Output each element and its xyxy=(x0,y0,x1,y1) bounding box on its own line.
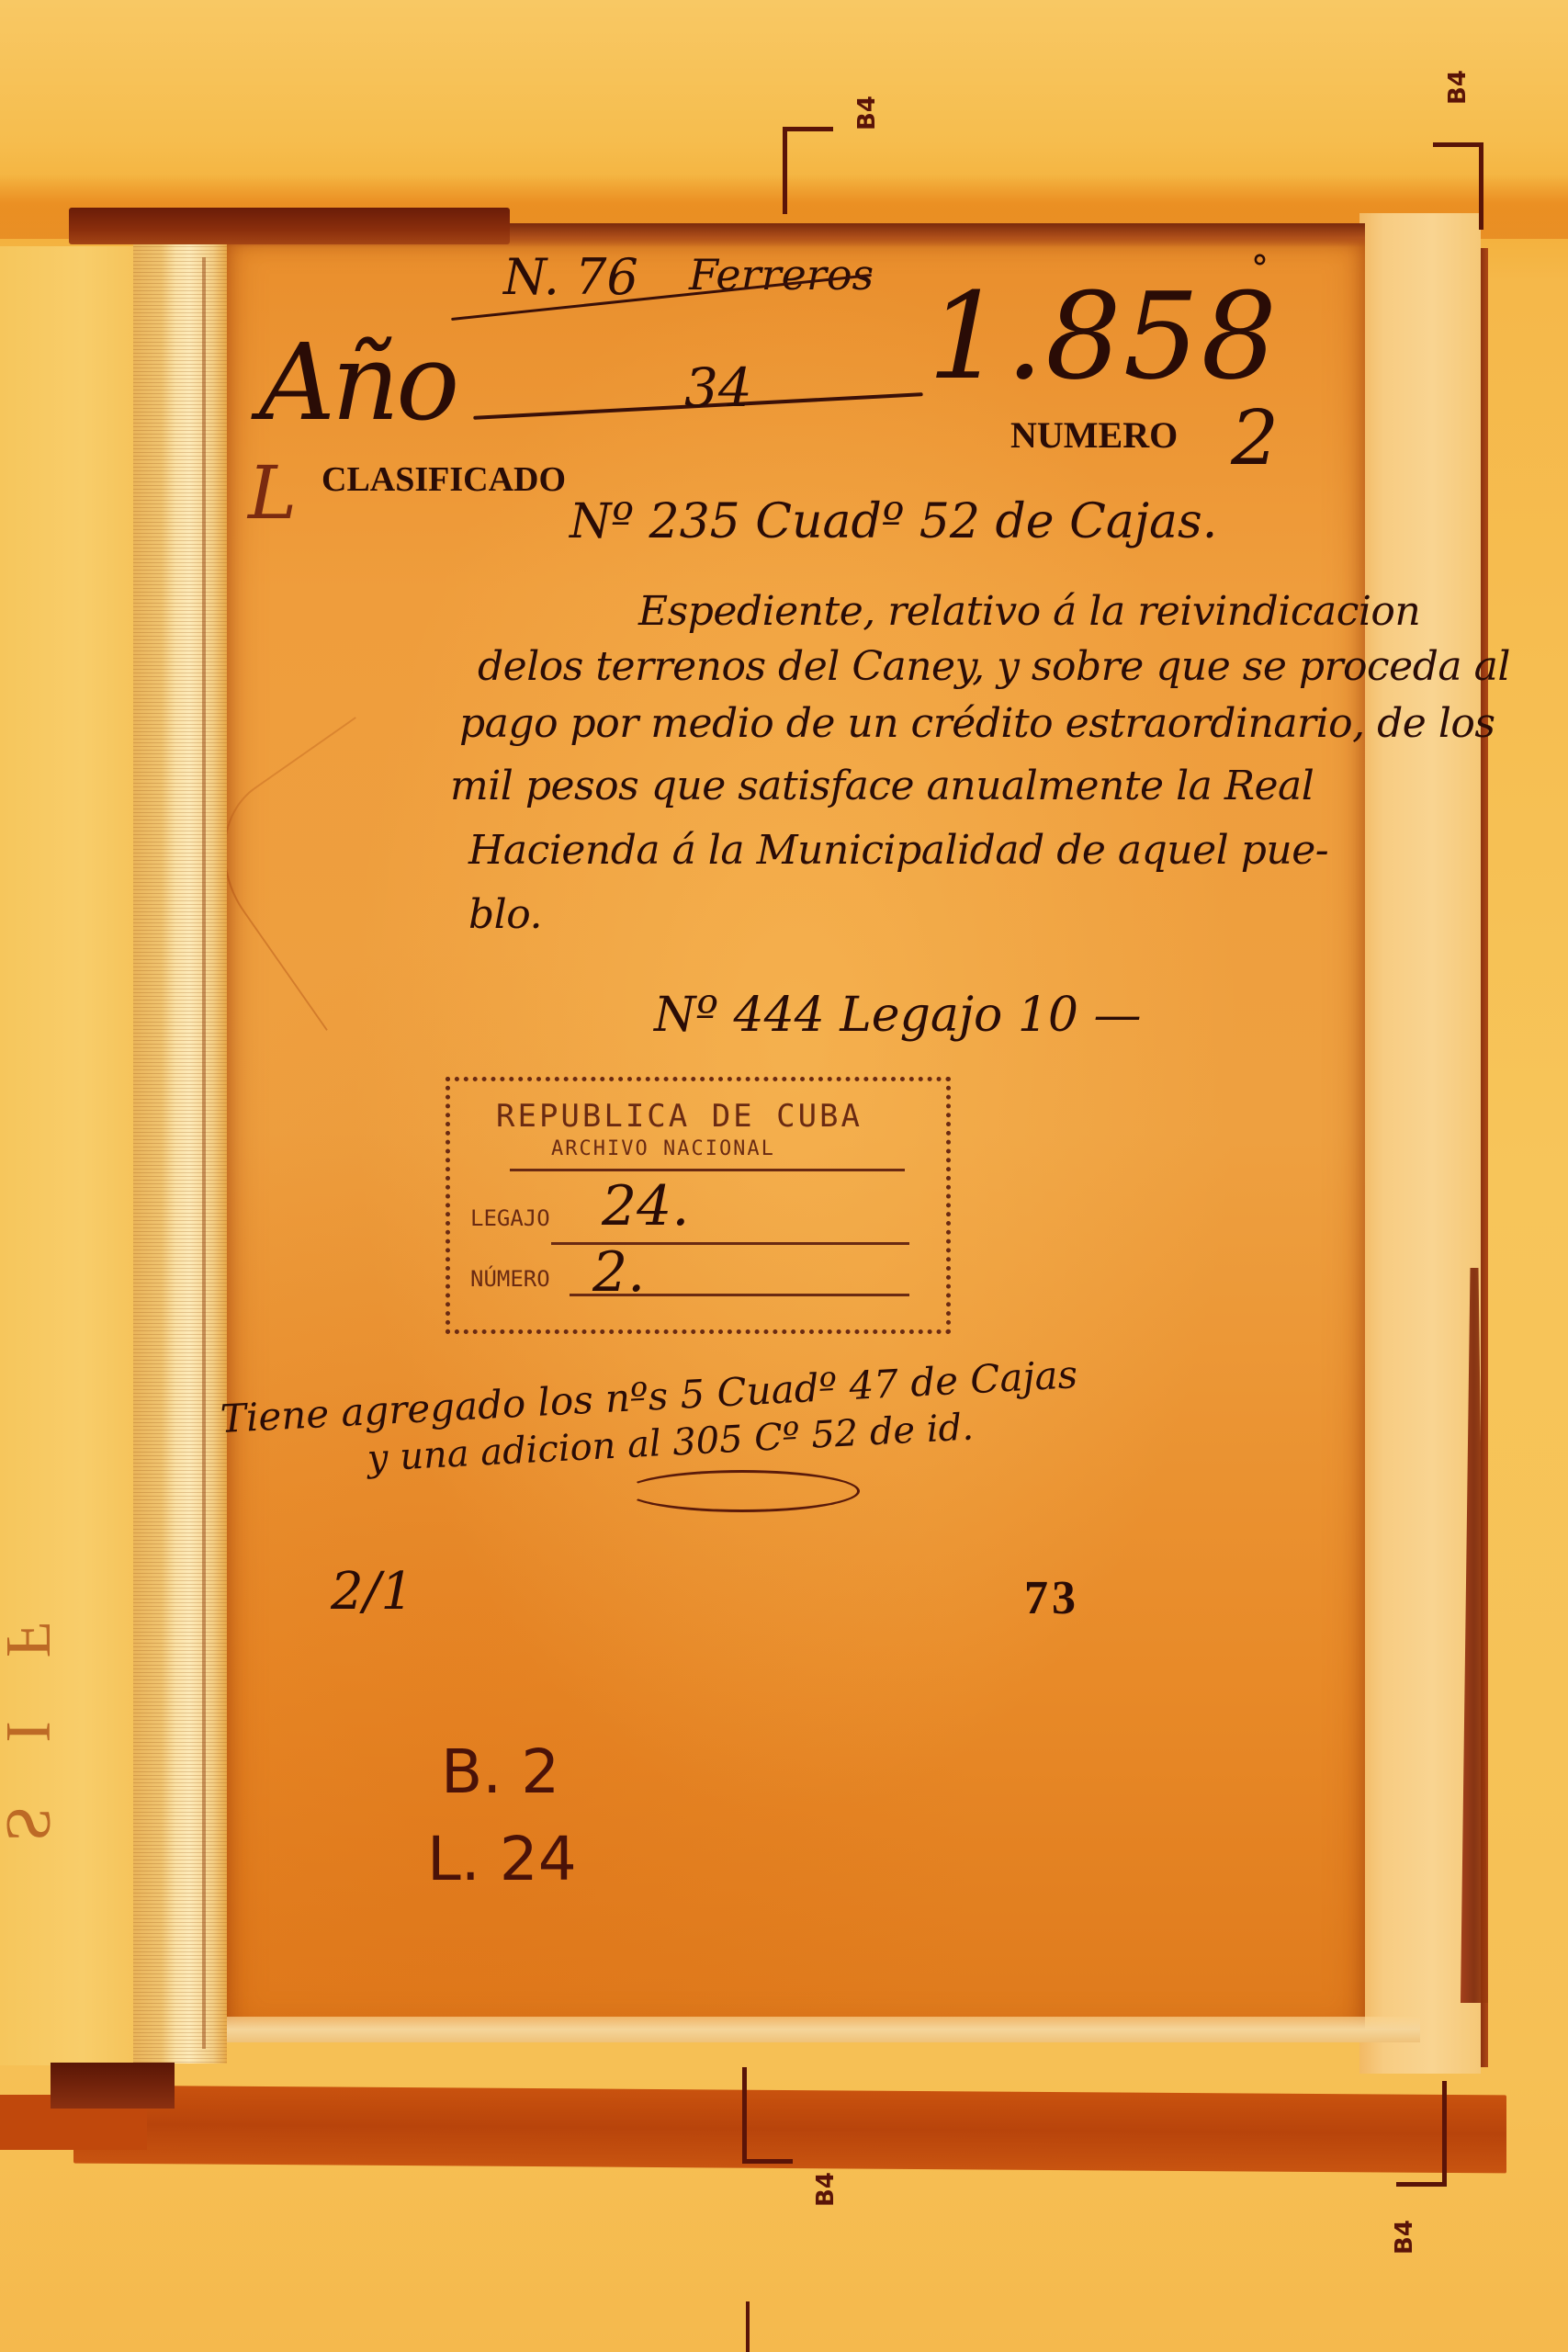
legajo-note: Nº 444 Legajo 10 — xyxy=(654,988,1142,1043)
stamped-number: 73 xyxy=(1024,1571,1079,1625)
cloth-spine xyxy=(133,217,227,2064)
mirrored-backing-text: F I S xyxy=(0,1594,55,1870)
stamp-rule xyxy=(510,1169,905,1171)
year-label: Año xyxy=(259,322,456,445)
crop-label: B4 xyxy=(853,96,881,130)
stamp-numero-label: NÚMERO xyxy=(470,1266,550,1292)
pencil-note: B. 2 xyxy=(441,1736,559,1807)
crop-mark-bottom-left xyxy=(742,2067,793,2164)
body-line: Espediente, relativo á la reivindicacion xyxy=(638,588,1420,635)
body-line: blo. xyxy=(468,891,542,938)
crop-tick xyxy=(746,2301,750,2352)
crop-mark-top-right xyxy=(1433,142,1483,230)
stamp-title: REPUBLICA DE CUBA xyxy=(496,1098,863,1135)
mirrored-letter: F xyxy=(0,1612,73,1668)
numero-stamp-value: 2 xyxy=(1231,395,1279,482)
year-value: 1.858 xyxy=(928,266,1279,406)
body-line: pago por medio de un crédito estraordina… xyxy=(459,700,1495,747)
spine-stitch-line xyxy=(202,257,206,2049)
crop-label: B4 xyxy=(812,2172,840,2207)
classified-stamp: CLASIFICADO xyxy=(321,459,566,500)
stamp-legajo-label: LEGAJO xyxy=(470,1205,550,1231)
body-line: mil pesos que satisface anualmente la Re… xyxy=(450,763,1314,809)
ink-flourish xyxy=(625,1470,860,1512)
year-superscript: ° xyxy=(1251,248,1269,288)
classification-mark: L xyxy=(248,450,297,536)
body-line: delos terrenos del Caney, y sobre que se… xyxy=(478,643,1510,690)
mirrored-letter: I xyxy=(0,1704,73,1759)
crop-mark-top-left xyxy=(783,127,833,214)
mirrored-letter: S xyxy=(0,1796,73,1851)
reference-number: N. 76 xyxy=(503,248,638,306)
stamp-subtitle: ARCHIVO NACIONAL xyxy=(551,1137,775,1160)
crop-label: B4 xyxy=(1391,2220,1418,2255)
stamp-legajo-value: 24. xyxy=(602,1174,689,1238)
binding-tape-bottom xyxy=(51,2063,175,2109)
case-reference: Nº 235 Cuadº 52 de Cajas. xyxy=(570,494,1217,549)
pencil-note: L. 24 xyxy=(427,1824,577,1894)
page-bottom-edge xyxy=(226,2017,1420,2042)
year-number: 34 xyxy=(684,356,752,419)
binding-tape-top xyxy=(69,208,510,244)
stamp-rule xyxy=(570,1294,909,1296)
numero-stamp-label: NUMERO xyxy=(1010,413,1178,457)
crop-label: B4 xyxy=(1444,70,1472,105)
crop-mark-bottom-right xyxy=(1396,2081,1447,2187)
right-tissue-sheet xyxy=(1359,213,1481,2074)
fraction-mark: 2/1 xyxy=(331,1562,413,1622)
body-line: Hacienda á la Municipalidad de aquel pue… xyxy=(468,827,1328,874)
